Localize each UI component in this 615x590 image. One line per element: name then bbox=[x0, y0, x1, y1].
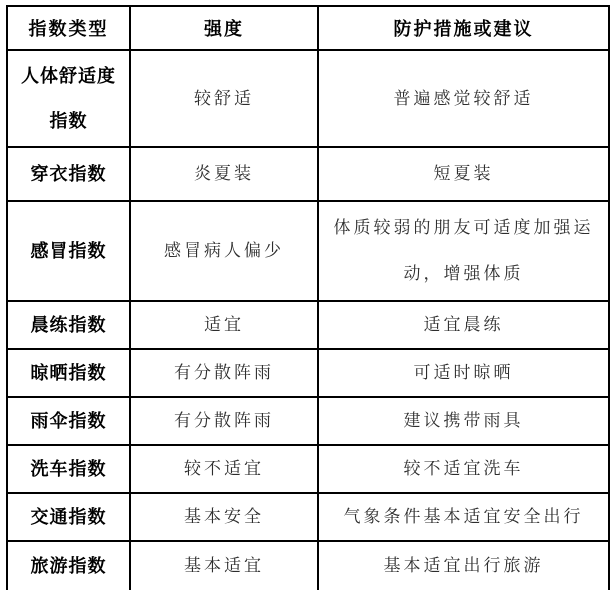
intensity-cell: 基本安全 bbox=[130, 493, 318, 541]
intensity-cell: 有分散阵雨 bbox=[130, 349, 318, 397]
table-row: 旅游指数 基本适宜 基本适宜出行旅游 bbox=[7, 541, 609, 590]
column-header-advice: 防护措施或建议 bbox=[318, 6, 609, 50]
header-row: 指数类型 强度 防护措施或建议 bbox=[7, 6, 609, 50]
table-row: 晾晒指数 有分散阵雨 可适时晾晒 bbox=[7, 349, 609, 397]
index-type-cell: 雨伞指数 bbox=[7, 397, 130, 445]
intensity-cell: 炎夏装 bbox=[130, 147, 318, 201]
intensity-cell: 较舒适 bbox=[130, 50, 318, 147]
advice-cell: 建议携带雨具 bbox=[318, 397, 609, 445]
index-type-cell: 旅游指数 bbox=[7, 541, 130, 590]
index-type-cell: 感冒指数 bbox=[7, 201, 130, 301]
advice-cell: 体质较弱的朋友可适度加强运 动，增强体质 bbox=[318, 201, 609, 301]
intensity-cell: 较不适宜 bbox=[130, 445, 318, 493]
column-header-index-type: 指数类型 bbox=[7, 6, 130, 50]
table-body: 人体舒适度 指数 较舒适 普遍感觉较舒适 穿衣指数 炎夏装 短夏装 感冒指数 感… bbox=[7, 50, 609, 590]
advice-cell: 短夏装 bbox=[318, 147, 609, 201]
intensity-cell: 有分散阵雨 bbox=[130, 397, 318, 445]
table-row: 晨练指数 适宜 适宜晨练 bbox=[7, 301, 609, 349]
column-header-intensity: 强度 bbox=[130, 6, 318, 50]
advice-cell: 较不适宜洗车 bbox=[318, 445, 609, 493]
index-type-cell: 晨练指数 bbox=[7, 301, 130, 349]
table-row: 交通指数 基本安全 气象条件基本适宜安全出行 bbox=[7, 493, 609, 541]
intensity-cell: 基本适宜 bbox=[130, 541, 318, 590]
index-type-cell: 穿衣指数 bbox=[7, 147, 130, 201]
index-type-cell: 洗车指数 bbox=[7, 445, 130, 493]
intensity-cell: 感冒病人偏少 bbox=[130, 201, 318, 301]
table-row: 感冒指数 感冒病人偏少 体质较弱的朋友可适度加强运 动，增强体质 bbox=[7, 201, 609, 301]
index-type-cell: 交通指数 bbox=[7, 493, 130, 541]
intensity-cell: 适宜 bbox=[130, 301, 318, 349]
advice-cell: 普遍感觉较舒适 bbox=[318, 50, 609, 147]
index-type-cell: 人体舒适度 指数 bbox=[7, 50, 130, 147]
weather-index-table: 指数类型 强度 防护措施或建议 人体舒适度 指数 较舒适 普遍感觉较舒适 穿衣指… bbox=[6, 5, 610, 590]
advice-cell: 气象条件基本适宜安全出行 bbox=[318, 493, 609, 541]
index-type-cell: 晾晒指数 bbox=[7, 349, 130, 397]
advice-cell: 适宜晨练 bbox=[318, 301, 609, 349]
table-row: 穿衣指数 炎夏装 短夏装 bbox=[7, 147, 609, 201]
advice-cell: 可适时晾晒 bbox=[318, 349, 609, 397]
advice-cell: 基本适宜出行旅游 bbox=[318, 541, 609, 590]
table-header: 指数类型 强度 防护措施或建议 bbox=[7, 6, 609, 50]
table-row: 人体舒适度 指数 较舒适 普遍感觉较舒适 bbox=[7, 50, 609, 147]
table-row: 雨伞指数 有分散阵雨 建议携带雨具 bbox=[7, 397, 609, 445]
table-row: 洗车指数 较不适宜 较不适宜洗车 bbox=[7, 445, 609, 493]
